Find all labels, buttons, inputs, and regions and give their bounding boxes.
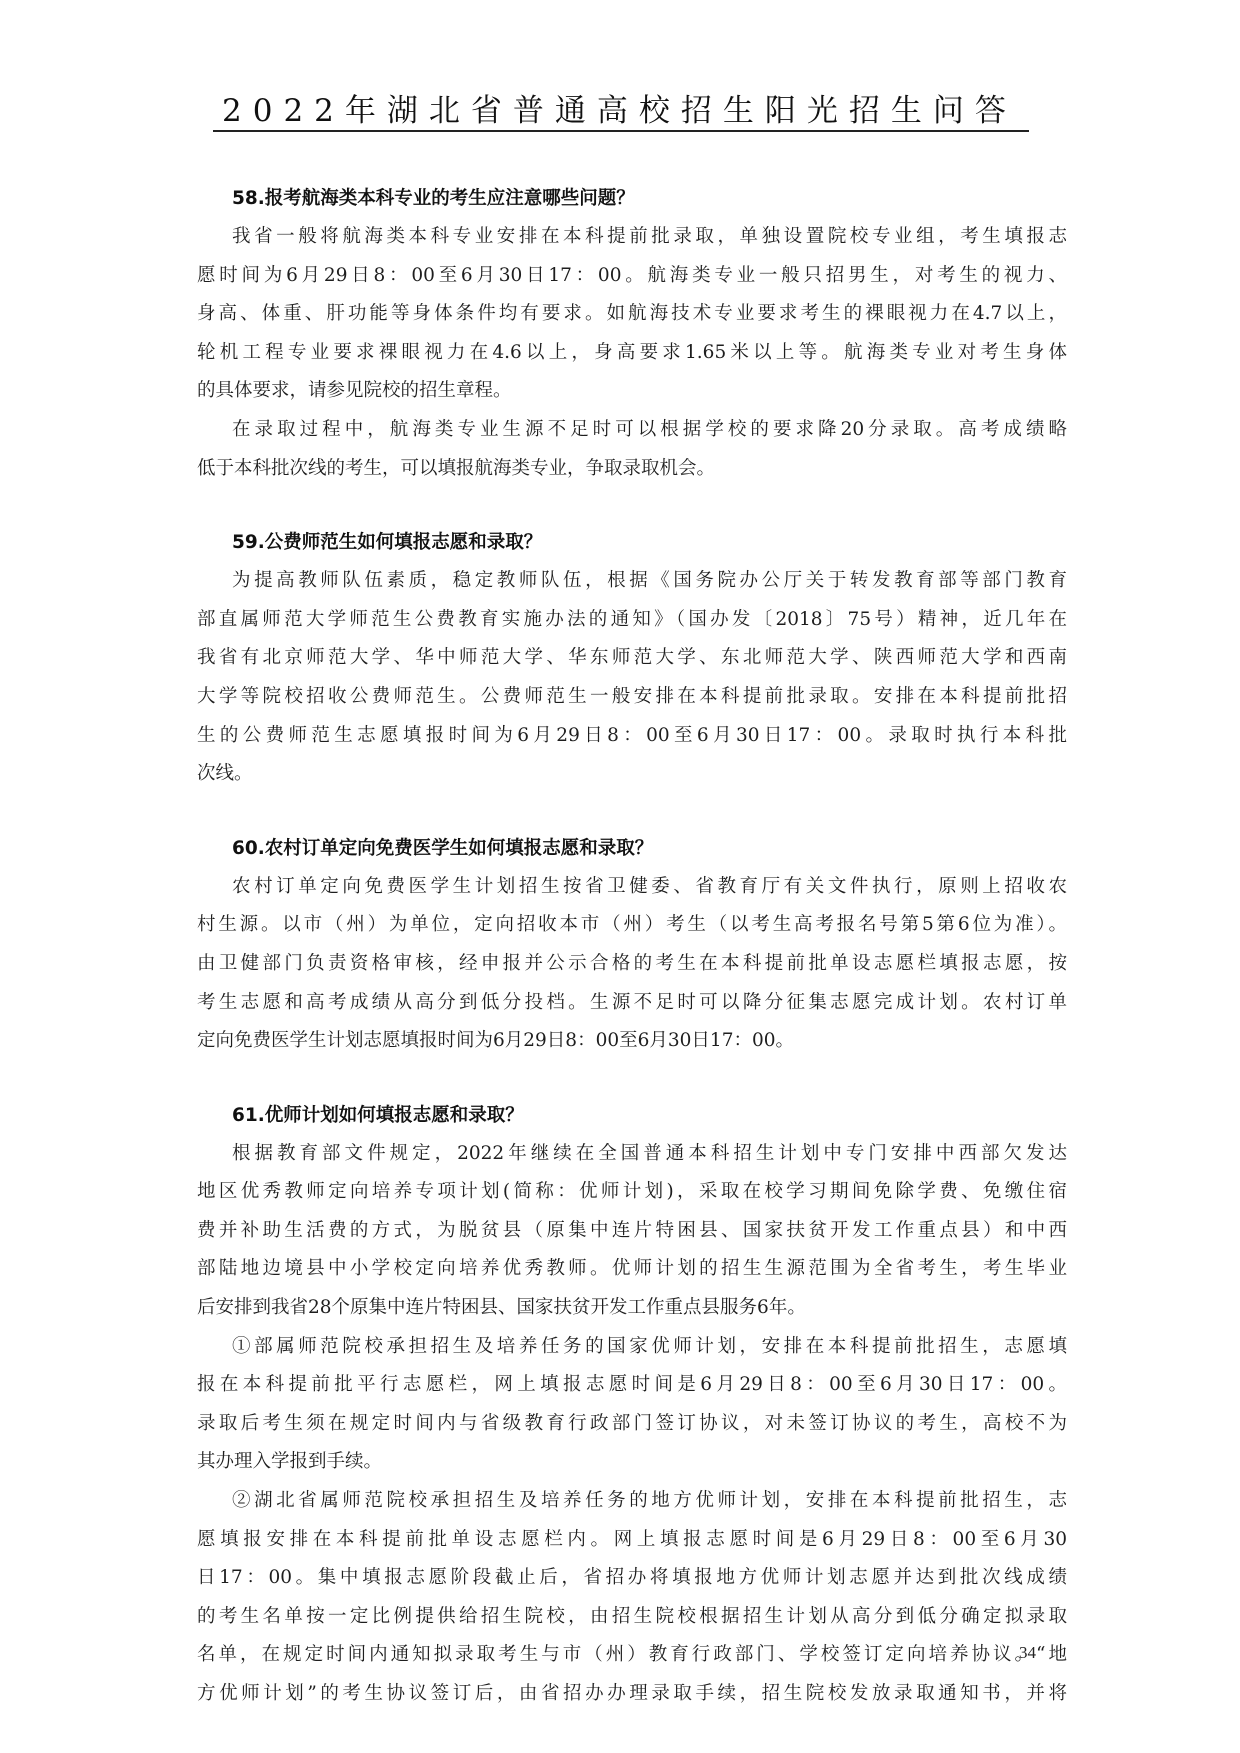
paragraph-line: 部陆地边境县中小学校定向培养优秀教师。优师计划的招生生源范围为全省考生，考生毕业 (197, 1250, 1067, 1289)
paragraph-line: 低于本科批次线的考生，可以填报航海类专业，争取录取机会。 (197, 450, 1067, 489)
paragraph-line: 愿填报安排在本科提前批单设志愿栏内。网上填报志愿时间是6月29日8：00至6月3… (197, 1521, 1067, 1560)
paragraph-line: 费并补助生活费的方式，为脱贫县（原集中连片特困县、国家扶贫开发工作重点县）和中西 (197, 1212, 1067, 1251)
paragraph-line: 根据教育部文件规定，2022年继续在全国普通本科招生计划中专门安排中西部欠发达 (197, 1135, 1067, 1174)
paragraph-line: 部直属师范大学师范生公费教育实施办法的通知》（国办发〔2018〕75号）精神，近… (197, 601, 1067, 640)
paragraph-line: 为提高教师队伍素质，稳定教师队伍，根据《国务院办公厅关于转发教育部等部门教育 (197, 562, 1067, 601)
paragraph-line: ①部属师范院校承担招生及培养任务的国家优师计划，安排在本科提前批招生，志愿填 (197, 1328, 1067, 1367)
paragraph-line: 报在本科提前批平行志愿栏，网上填报志愿时间是6月29日8：00至6月30日17：… (197, 1366, 1067, 1405)
paragraph-line: 后安排到我省28个原集中连片特困县、国家扶贫开发工作重点县服务6年。 (197, 1289, 1067, 1328)
page-number: 34 (1019, 1643, 1036, 1663)
section-58: 58.报考航海类本科专业的考生应注意哪些问题？ 我省一般将航海类本科专业安排在本… (197, 180, 1067, 488)
paragraph-line: 愿时间为6月29日8：00至6月30日17：00。航海类专业一般只招男生，对考生… (197, 257, 1067, 296)
title-underline (213, 130, 1029, 132)
paragraph-line: 在录取过程中，航海类专业生源不足时可以根据学校的要求降20分录取。高考成绩略 (197, 411, 1067, 450)
paragraph-line: 由卫健部门负责资格审核，经申报并公示合格的考生在本科提前批单设志愿栏填报志愿，按 (197, 945, 1067, 984)
section-61: 61.优师计划如何填报志愿和录取？ 根据教育部文件规定，2022年继续在全国普通… (197, 1097, 1067, 1714)
paragraph-line: 的具体要求，请参见院校的招生章程。 (197, 372, 1067, 411)
paragraph-line: 次线。 (197, 755, 1067, 794)
paragraph-line: 日17：00。集中填报志愿阶段截止后，省招办将填报地方优师计划志愿并达到批次线成… (197, 1559, 1067, 1598)
paragraph-line: 身高、体重、肝功能等身体条件均有要求。如航海技术专业要求考生的裸眼视力在4.7以… (197, 295, 1067, 334)
paragraph-line: 农村订单定向免费医学生计划招生按省卫健委、省教育厅有关文件执行，原则上招收农 (197, 868, 1067, 907)
paragraph-line: 其办理入学报到手续。 (197, 1443, 1067, 1482)
paragraph-line: 生的公费师范生志愿填报时间为6月29日8：00至6月30日17：00。录取时执行… (197, 717, 1067, 756)
paragraph-line: 地区优秀教师定向培养专项计划(简称：优师计划)，采取在校学习期间免除学费、免缴住… (197, 1173, 1067, 1212)
question-heading: 61.优师计划如何填报志愿和录取？ (197, 1097, 1067, 1135)
paragraph-line: 轮机工程专业要求裸眼视力在4.6以上，身高要求1.65米以上等。航海类专业对考生… (197, 334, 1067, 373)
paragraph-line: 名单，在规定时间内通知拟录取考生与市（州）教育行政部门、学校签订定向培养协议。“… (197, 1636, 1067, 1675)
paragraph-line: 的考生名单按一定比例提供给招生院校，由招生院校根据招生计划从高分到低分确定拟录取 (197, 1598, 1067, 1637)
paragraph-line: 我省一般将航海类本科专业安排在本科提前批录取，单独设置院校专业组，考生填报志 (197, 218, 1067, 257)
paragraph-line: 录取后考生须在规定时间内与省级教育行政部门签订协议，对未签订协议的考生，高校不为 (197, 1405, 1067, 1444)
question-heading: 58.报考航海类本科专业的考生应注意哪些问题？ (197, 180, 1067, 218)
paragraph-line: ②湖北省属师范院校承担招生及培养任务的地方优师计划，安排在本科提前批招生，志 (197, 1482, 1067, 1521)
paragraph-line: 方优师计划”的考生协议签订后，由省招办办理录取手续，招生院校发放录取通知书，并将 (197, 1675, 1067, 1714)
paragraph-line: 考生志愿和高考成绩从高分到低分投档。生源不足时可以降分征集志愿完成计划。农村订单 (197, 984, 1067, 1023)
question-heading: 59.公费师范生如何填报志愿和录取？ (197, 524, 1067, 562)
paragraph-line: 定向免费医学生计划志愿填报时间为6月29日8：00至6月30日17：00。 (197, 1022, 1067, 1061)
section-60: 60.农村订单定向免费医学生如何填报志愿和录取？ 农村订单定向免费医学生计划招生… (197, 830, 1067, 1061)
section-59: 59.公费师范生如何填报志愿和录取？ 为提高教师队伍素质，稳定教师队伍，根据《国… (197, 524, 1067, 794)
document-body: 58.报考航海类本科专业的考生应注意哪些问题？ 我省一般将航海类本科专业安排在本… (197, 180, 1067, 1714)
paragraph-line: 村生源。以市（州）为单位，定向招收本市（州）考生（以考生高考报名号第5第6位为准… (197, 906, 1067, 945)
paragraph-line: 我省有北京师范大学、华中师范大学、华东师范大学、东北师范大学、陕西师范大学和西南 (197, 639, 1067, 678)
paragraph-line: 大学等院校招收公费师范生。公费师范生一般安排在本科提前批录取。安排在本科提前批招 (197, 678, 1067, 717)
page-title: 2022年湖北省普通高校招生阳光招生问答 (222, 92, 1027, 130)
question-heading: 60.农村订单定向免费医学生如何填报志愿和录取？ (197, 830, 1067, 868)
